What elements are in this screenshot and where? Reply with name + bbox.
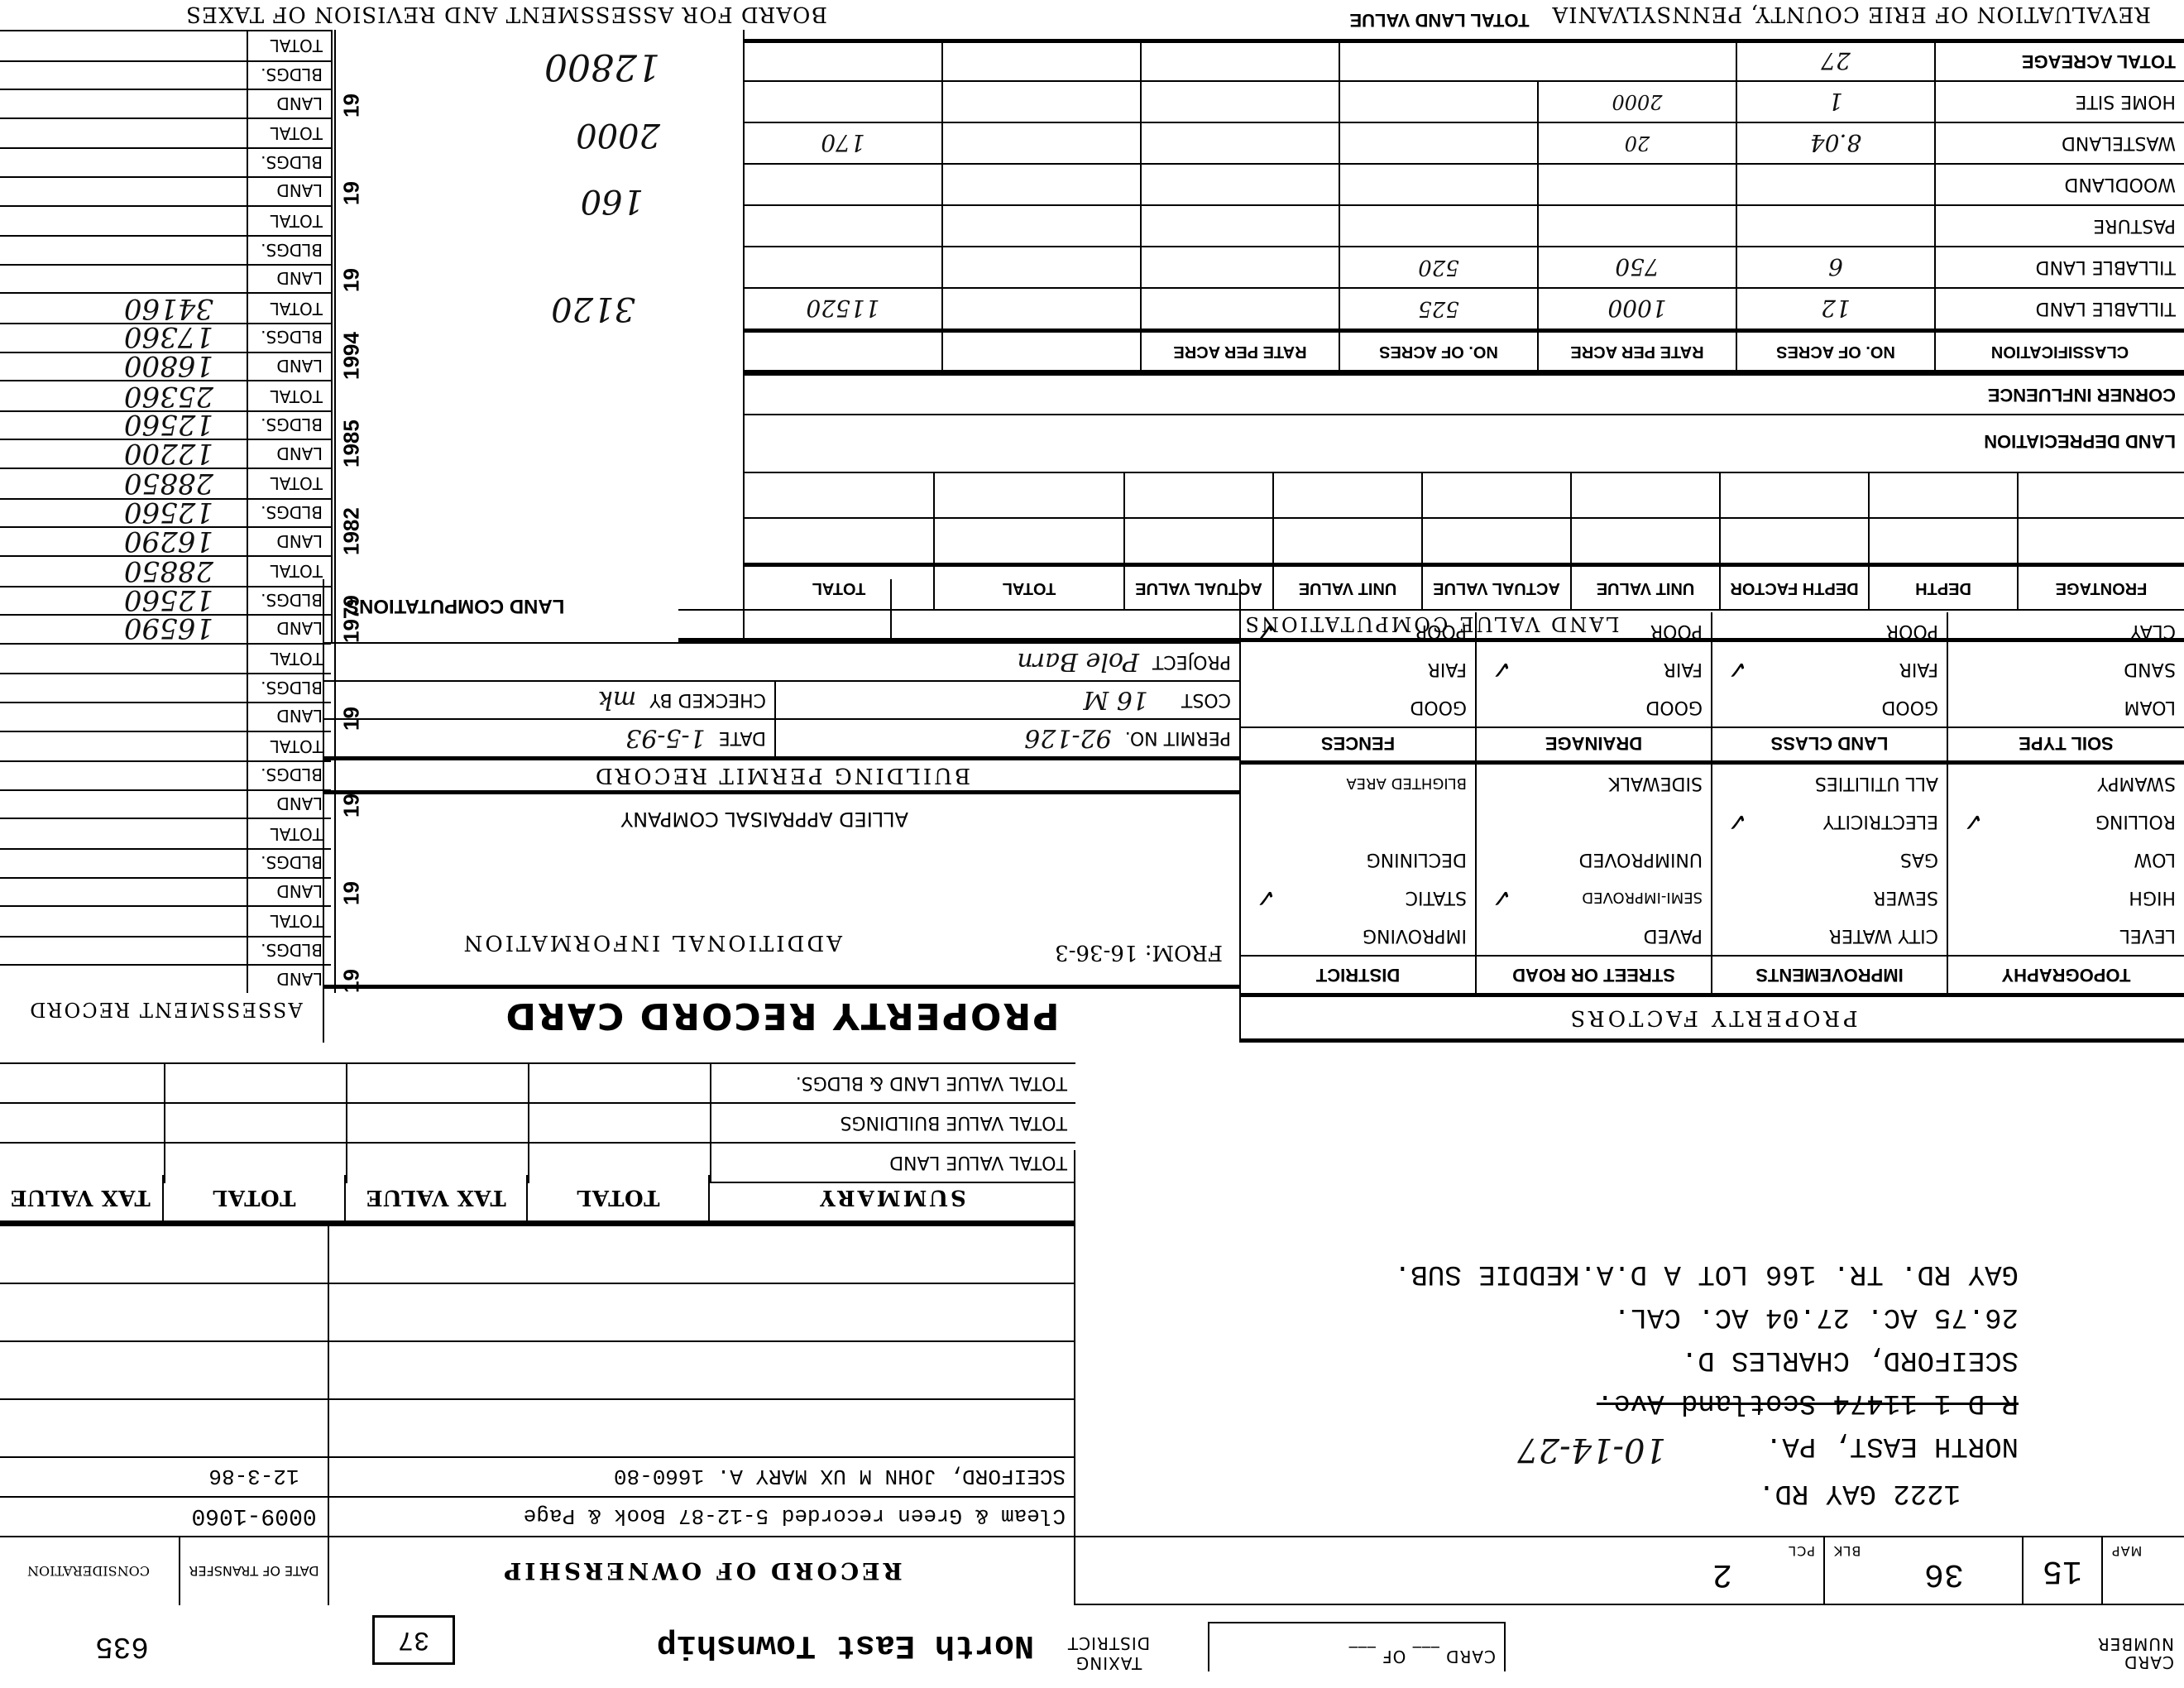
check-drainage-fair[interactable]: ✓: [1477, 650, 1526, 688]
assessment-year: 19: [334, 30, 367, 117]
map-value: 15: [2022, 1537, 2101, 1604]
assessment-value: 12560: [0, 498, 248, 527]
record-card-title: PROPERTY RECORD CARD: [504, 995, 1059, 1037]
assessment-block: LAND16800BLDGS.17360TOTAL341601994: [0, 292, 331, 380]
ownership-section: RECORD OF OWNERSHIP DATE OF TRANSFER CON…: [0, 1150, 1075, 1605]
assessment-value: 12560: [0, 586, 248, 615]
assessment-value: [0, 645, 248, 674]
assessment-value: [0, 31, 248, 60]
card-number-label: CARD NUMBER: [2083, 1635, 2174, 1671]
property-record-card: REVALUATION OF ERIE COUNTY, PENNSYLVANIA…: [0, 0, 2184, 1688]
assessment-row-total: TOTAL28850: [0, 469, 331, 498]
check-land-class-fair[interactable]: ✓: [1712, 650, 1762, 688]
acreage-total-row: TOTAL ACREAGE 27: [745, 39, 2184, 80]
assessment-blocks: LANDBLDGS.TOTAL19LANDBLDGS.TOTAL19LANDBL…: [0, 30, 331, 993]
assessment-year: 1985: [334, 380, 367, 468]
map-blk-pcl-row: MAP 15 BLK 36 PCL 2: [1075, 1536, 2184, 1605]
description-line: 1222 GAY RD.: [1150, 1471, 2019, 1514]
assessment-value: [0, 848, 248, 877]
acreage-table: CLASSIFICATION NO. OF ACRES RATE PER ACR…: [745, 31, 2184, 374]
permit-date-value: 1-5-93: [625, 724, 706, 753]
assessment-value: [0, 760, 248, 789]
assessment-value: [0, 119, 248, 148]
summary-row-buildings: TOTAL VALUE BUILDINGS: [711, 1104, 1075, 1144]
description-line: 26.75 AC. 27.04 AC. CAL.: [1150, 1295, 2019, 1338]
assessment-value: [0, 207, 248, 236]
assessment-row-total: TOTAL: [0, 645, 331, 674]
assessment-value: [0, 264, 248, 293]
assessment-row-total: TOTAL34160: [0, 294, 331, 323]
acreage-row: WOODLAND: [745, 163, 2184, 204]
assessment-year: 19: [334, 205, 367, 293]
assessment-value: [0, 235, 248, 264]
assessment-row-bldgs: BLDGS.: [0, 936, 331, 965]
taxing-district-value: North East Township: [657, 1626, 1034, 1663]
assessment-row-total: TOTAL28850: [0, 557, 331, 586]
ownership-row: Cleam & Green recorded 5-12-87 Book & Pa…: [0, 1496, 1074, 1536]
pcl-value: 2: [1712, 1555, 1732, 1592]
permit-no-value: 92-126: [1024, 724, 1112, 753]
checked-by-value: mk: [598, 686, 637, 715]
check-static[interactable]: ✓: [1241, 879, 1291, 917]
assessment-row-total: TOTAL: [0, 907, 331, 936]
assessment-row-land: LAND: [0, 877, 331, 906]
assessment-year: 19: [334, 731, 367, 818]
assessment-year: 1982: [334, 468, 367, 555]
assessment-block: LANDBLDGS.TOTAL19: [0, 117, 331, 205]
property-factors: PROPERTY FACTORS TOPOGRAPHY IMPROVEMENTS…: [1241, 579, 2184, 1043]
assessment-value: 25360: [0, 381, 248, 410]
assessment-row-bldgs: BLDGS.: [0, 848, 331, 877]
assessment-year: 19: [334, 905, 367, 993]
additional-info-title: ADDITIONAL INFORMATION: [462, 930, 842, 955]
assessment-value: 16590: [0, 614, 248, 643]
assessment-value: [0, 60, 248, 89]
assessment-year: 1994: [334, 292, 367, 380]
assessment-row-bldgs: BLDGS.: [0, 60, 331, 89]
assessment-row-bldgs: BLDGS.: [0, 760, 331, 789]
description-line: R-D-1 11474 Scotland Ave.: [1150, 1381, 2019, 1424]
permit-row-3: PROJECTPole Barn: [324, 642, 1239, 680]
assessment-value: [0, 176, 248, 205]
check-rolling[interactable]: ✓: [1948, 803, 1998, 841]
consideration-header: CONSIDERATION: [0, 1536, 180, 1605]
assessment-row-total: TOTAL: [0, 31, 331, 60]
assessment-row-total: TOTAL: [0, 119, 331, 148]
assessment-year: 19: [334, 643, 367, 731]
corner-number: 635: [95, 1629, 149, 1663]
assessment-row-bldgs: BLDGS.12560: [0, 498, 331, 527]
assessment-row-bldgs: BLDGS.: [0, 147, 331, 176]
assessment-year: 1979: [334, 555, 367, 643]
total-land-value-label: TOTAL LAND VALUE: [1109, 1, 1770, 39]
land-comp-value: 2000: [576, 116, 660, 154]
assessment-row-bldgs: BLDGS.12560: [0, 586, 331, 615]
summary-row-total: TOTAL VALUE LAND & BLDGS.: [711, 1062, 1075, 1104]
assessment-row-land: LAND12200: [0, 439, 331, 468]
assessment-row-total: TOTAL: [0, 207, 331, 236]
land-comp-value: 3120: [551, 290, 635, 328]
description-line: NORTH EAST, PA.10-14-27: [1150, 1424, 2019, 1471]
assessment-value: 28850: [0, 557, 248, 586]
project-value: Pole Barn: [1017, 648, 1139, 677]
assessment-value: 12200: [0, 439, 248, 468]
assessment-block: LANDBLDGS.TOTAL19: [0, 905, 331, 993]
assessment-value: 34160: [0, 294, 248, 323]
factors-grid: LEVEL HIGH LOW ROLLING SWAMPY ✓ CITY WAT…: [1241, 765, 2184, 955]
ownership-row: SCEIFORD, JOHN M UX MARY A. 1660-80 12-3…: [0, 1456, 1074, 1496]
description-line: GAY RD. TR. 166 LOT A D.A.KEDDIE SUB.: [1150, 1252, 2019, 1295]
assessment-value: 16800: [0, 352, 248, 381]
blk-value: 36: [1924, 1555, 1964, 1592]
permit-row-2: COST16 M CHECKED BYmk: [324, 680, 1239, 718]
assessment-value: 16290: [0, 526, 248, 555]
map-cell: MAP: [2101, 1537, 2184, 1604]
header-right-title: BOARD FOR ASSESSMENT AND REVISION OF TAX…: [17, 2, 827, 26]
assessment-block: LAND16590BLDGS.12560TOTAL288501979: [0, 555, 331, 643]
check-semi-improved[interactable]: ✓: [1477, 879, 1526, 917]
assessment-value: [0, 964, 248, 993]
assessment-value: 17360: [0, 323, 248, 352]
assessment-row-land: LAND: [0, 264, 331, 293]
assessment-value: [0, 907, 248, 936]
date-transfer-header: DATE OF TRANSFER: [180, 1536, 329, 1605]
assessment-block: LAND12200BLDGS.12560TOTAL253601985: [0, 380, 331, 468]
permit-row-1: PERMIT NO.92-126 DATE1-5-93: [324, 718, 1239, 756]
building-permit-title: BUILDING PERMIT RECORD: [324, 756, 1239, 794]
box-number: 37: [372, 1615, 455, 1665]
factors-header-2: SOIL TYPE LAND CLASS DRAINAGE FENCES: [1241, 727, 2184, 765]
taxing-district-label: TAXING DISTRICT: [1051, 1633, 1166, 1673]
card-of-box: CARD ___ OF ___: [1208, 1622, 1506, 1671]
lvc-header: FRONTAGE DEPTH DEPTH FACTOR UNIT VALUE A…: [678, 559, 2184, 609]
ownership-row: [0, 1398, 1074, 1456]
ownership-row: [0, 1340, 1074, 1398]
additional-info: FROM: 16-36-3 ADDITIONAL INFORMATION ALL…: [324, 794, 1239, 985]
assessment-row-land: LAND16290: [0, 526, 331, 555]
assessment-row-total: TOTAL25360: [0, 381, 331, 410]
assessment-value: [0, 877, 248, 906]
allied-label: ALLIED APPRAISAL COMPANY: [621, 808, 909, 831]
land-depreciation-label: LAND DEPRECIATION: [745, 414, 2184, 472]
assessment-value: 28850: [0, 469, 248, 498]
assessment-row-land: LAND: [0, 89, 331, 117]
acreage-row: TILLABLE LAND 6 750 520: [745, 246, 2184, 287]
pcl-cell: PCL 2: [1079, 1537, 1823, 1604]
cost-value: 16 M: [1083, 686, 1147, 715]
assessment-row-total: TOTAL: [0, 732, 331, 761]
assessment-value: [0, 673, 248, 702]
assessment-block: LAND16290BLDGS.12560TOTAL288501982: [0, 468, 331, 555]
acreage-row: TILLABLE LAND 12 1000 525 11520: [745, 287, 2184, 328]
corner-influence-label: CORNER INFLUENCE: [745, 374, 2184, 414]
assessment-value: [0, 789, 248, 818]
record-card-section: PROPERTY RECORD CARD FROM: 16-36-3 ADDIT…: [323, 579, 1241, 1043]
assessment-block: LANDBLDGS.TOTAL19: [0, 205, 331, 293]
land-comp-value: 160: [581, 182, 644, 220]
acreage-row: WASTELAND 8.04 20 170: [745, 122, 2184, 163]
assessment-value: [0, 147, 248, 176]
assessment-row-bldgs: BLDGS.17360: [0, 323, 331, 352]
assessment-row-total: TOTAL: [0, 819, 331, 848]
assessment-row-land: LAND: [0, 789, 331, 818]
factors-header: TOPOGRAPHY IMPROVEMENTS STREET OR ROAD D…: [1241, 955, 2184, 993]
ownership-title: RECORD OF OWNERSHIP: [500, 1558, 902, 1585]
assessment-row-bldgs: BLDGS.: [0, 235, 331, 264]
assessment-block: LANDBLDGS.TOTAL19: [0, 643, 331, 731]
acreage-row: PASTURE: [745, 204, 2184, 246]
assessment-row-bldgs: BLDGS.: [0, 673, 331, 702]
property-description: 1222 GAY RD. NORTH EAST, PA.10-14-27 R-D…: [1150, 1167, 2019, 1514]
ownership-row: [0, 1283, 1074, 1340]
assessment-value: 12560: [0, 410, 248, 439]
land-computations-area: 12800 2000 160 3120: [331, 30, 745, 642]
assessment-value: [0, 89, 248, 117]
check-electricity[interactable]: ✓: [1712, 803, 1762, 841]
assessment-year: 19: [334, 117, 367, 205]
assessment-row-land: LAND16800: [0, 352, 331, 381]
lvc-rows: [745, 472, 2184, 563]
assessment-row-land: LAND: [0, 702, 331, 731]
land-value-computations-title: LAND VALUE COMPUTATIONS: [678, 609, 2184, 642]
acreage-row: HOME SITE 1 2000: [745, 80, 2184, 122]
blk-cell: BLK 36: [1823, 1537, 2022, 1604]
assessment-row-land: LAND16590: [0, 614, 331, 643]
ownership-row: [0, 1225, 1074, 1283]
assessment-row-land: LAND: [0, 964, 331, 993]
property-factors-title: PROPERTY FACTORS: [1241, 993, 2184, 1043]
assessment-value: [0, 819, 248, 848]
assessment-block: LANDBLDGS.TOTAL19: [0, 731, 331, 818]
assessment-value: [0, 702, 248, 731]
summary-row-land: TOTAL VALUE LAND: [711, 1144, 1075, 1183]
assessment-value: [0, 936, 248, 965]
from-text: FROM: 16-36-3: [1055, 940, 1223, 965]
assessment-record-title: ASSESSMENT RECORD: [0, 993, 331, 1026]
land-comp-value: 12800: [544, 46, 660, 88]
summary-rows: TOTAL VALUE LAND TOTAL VALUE BUILDINGS T…: [0, 1051, 1075, 1183]
description-line: SCEIFORD, CHARLES D.: [1150, 1338, 2019, 1381]
assessment-row-bldgs: BLDGS.12560: [0, 410, 331, 439]
assessment-year: 19: [334, 818, 367, 905]
assessment-block: LANDBLDGS.TOTAL19: [0, 30, 331, 117]
assessment-value: [0, 732, 248, 761]
card-of-label: CARD ___ OF ___: [1348, 1647, 1496, 1666]
assessment-row-land: LAND: [0, 176, 331, 205]
assessment-block: LANDBLDGS.TOTAL19: [0, 818, 331, 905]
